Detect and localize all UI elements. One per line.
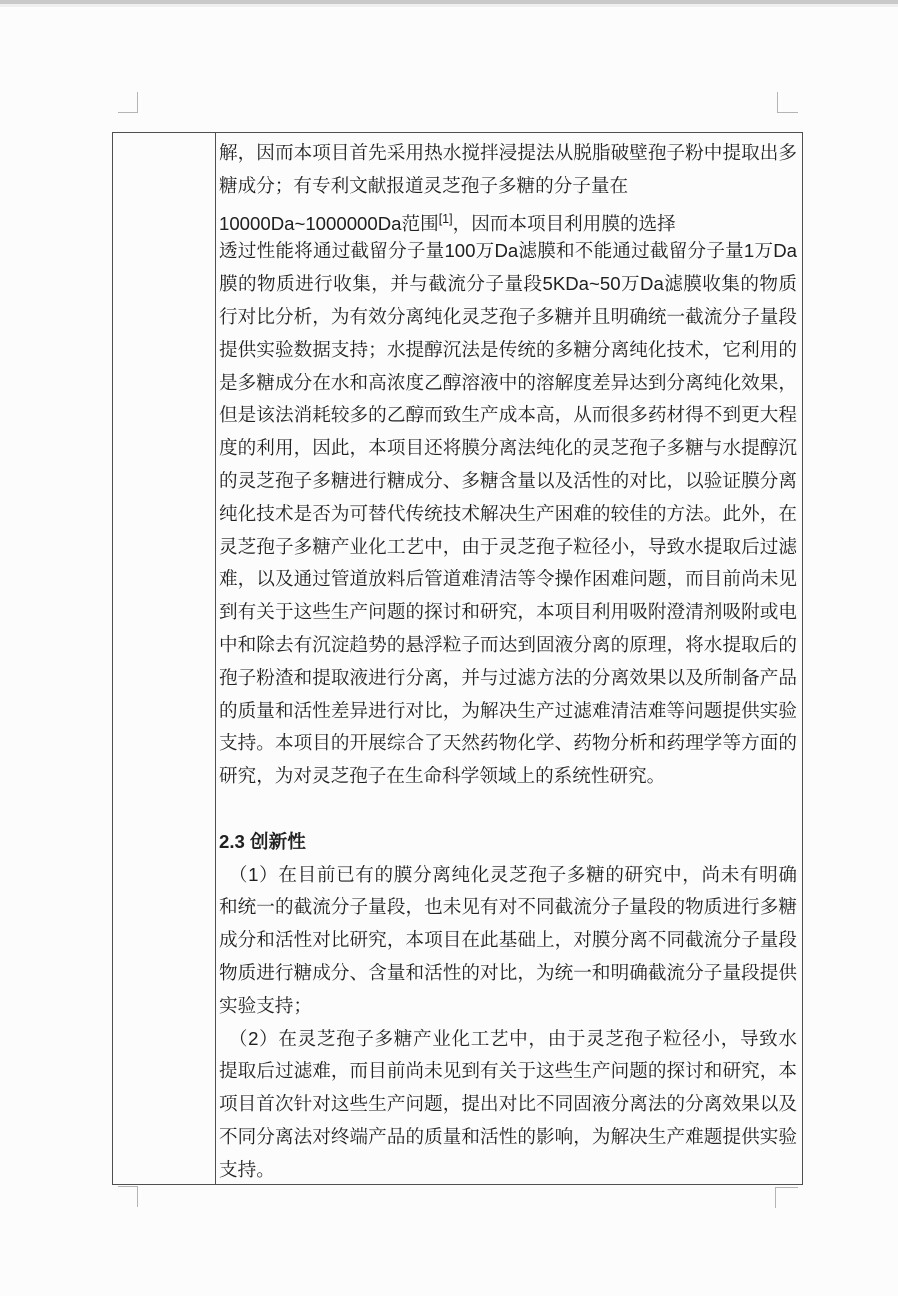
continuation-paragraph: 解，因而本项目首先采用热水搅拌浸提法从脱脂破壁孢子粉中提取出多糖成分；有专利文献… — [219, 137, 797, 793]
table-content-cell: 解，因而本项目首先采用热水搅拌浸提法从脱脂破壁孢子粉中提取出多糖成分；有专利文献… — [219, 137, 797, 1182]
text-line: 是多糖成分在水和高浓度乙醇溶液中的溶解度差异达到分离纯化效果， — [219, 367, 797, 400]
proposal-table: 解，因而本项目首先采用热水搅拌浸提法从脱脂破壁孢子粉中提取出多糖成分；有专利文献… — [112, 132, 803, 1185]
text-line: 难，以及通过管道放料后管道难清洁等令操作困难问题，而目前尚未见 — [219, 563, 797, 596]
text-boundary-mark-top-left — [118, 92, 138, 113]
text-line: 提供实验数据支持；水提醇沉法是传统的多糖分离纯化技术，它利用的 — [219, 334, 797, 367]
text-line: 研究，为对灵芝孢子在生命科学领域上的系统性研究。 — [219, 760, 797, 793]
text-line: 灵芝孢子多糖产业化工艺中，由于灵芝孢子粒径小，导致水提取后过滤 — [219, 531, 797, 564]
document-page: 解，因而本项目首先采用热水搅拌浸提法从脱脂破壁孢子粉中提取出多糖成分；有专利文献… — [0, 0, 898, 1296]
citation-superscript: [1] — [439, 212, 453, 226]
text-line: 中和除去有沉淀趋势的悬浮粒子而达到固液分离的原理，将水提取后的 — [219, 629, 797, 662]
table-label-cell-empty — [113, 133, 215, 1184]
text-line: 但是该法消耗较多的乙醇而致生产成本高，从而很多药材得不到更大程 — [219, 399, 797, 432]
text-line: 和统一的截流分子量段，也未见有对不同截流分子量段的物质进行多糖 — [219, 891, 797, 924]
text-line: 不同分离法对终端产品的质量和活性的影响，为解决生产难题提供实验 — [219, 1121, 797, 1154]
text-line: 项目首次针对这些生产问题，提出对比不同固液分离法的分离效果以及 — [219, 1088, 797, 1121]
text-boundary-mark-bottom-right — [775, 1187, 798, 1208]
innovation-point-2: （2）在灵芝孢子多糖产业化工艺中，由于灵芝孢子粒径小，导致水提取后过滤难，而目前… — [219, 1023, 797, 1182]
text-line: 的灵芝孢子多糖进行糖成分、多糖含量以及活性的对比，以验证膜分离 — [219, 465, 797, 498]
text-line: 纯化技术是否为可替代传统技术解决生产困难的较佳的方法。此外，在 — [219, 498, 797, 531]
text-line: 提取后过滤难，而目前尚未见到有关于这些生产问题的探讨和研究，本 — [219, 1055, 797, 1088]
text-boundary-mark-top-right — [777, 92, 798, 113]
table-column-divider — [215, 133, 216, 1184]
text-line: 的质量和活性差异进行对比，为解决生产过滤难清洁难等问题提供实验 — [219, 695, 797, 728]
text-line: 实验支持； — [219, 990, 797, 1023]
text-boundary-mark-bottom-left — [118, 1186, 138, 1207]
text-line: 孢子粉渣和提取液进行分离，并与过滤方法的分离效果以及所制备产品 — [219, 662, 797, 695]
text-line: （2）在灵芝孢子多糖产业化工艺中，由于灵芝孢子粒径小，导致水 — [219, 1023, 797, 1056]
text-line: 物质进行糖成分、含量和活性的对比，为统一和明确截流分子量段提供 — [219, 957, 797, 990]
page-top-edge-soft — [0, 4, 898, 7]
innovation-point-1: （1）在目前已有的膜分离纯化灵芝孢子多糖的研究中，尚未有明确和统一的截流分子量段… — [219, 859, 797, 1023]
text-line: 成分和活性对比研究，本项目在此基础上，对膜分离不同截流分子量段 — [219, 924, 797, 957]
text-line: 解，因而本项目首先采用热水搅拌浸提法从脱脂破壁孢子粉中提取出多 — [219, 137, 797, 170]
text-line: （1）在目前已有的膜分离纯化灵芝孢子多糖的研究中，尚未有明确 — [219, 859, 797, 892]
text-line: 到有关于这些生产问题的探讨和研究，本项目利用吸附澄清剂吸附或电 — [219, 596, 797, 629]
text-line: 支持。本项目的开展综合了天然药物化学、药物分析和药理学等方面的 — [219, 727, 797, 760]
text-line: 行对比分析，为有效分离纯化灵芝孢子多糖并且明确统一截流分子量段 — [219, 301, 797, 334]
text-line: 10000Da~1000000Da范围[1]，因而本项目利用膜的选择 — [219, 203, 797, 236]
text-line: 膜的物质进行收集，并与截流分子量段5KDa~50万Da滤膜收集的物质进 — [219, 268, 797, 301]
text-line: 透过性能将通过截留分子量100万Da滤膜和不能通过截留分子量1万Da滤 — [219, 235, 797, 268]
text-line: 糖成分；有专利文献报道灵芝孢子多糖的分子量在 — [219, 170, 797, 203]
text-line: 支持。 — [219, 1154, 797, 1182]
text-line: 度的利用，因此，本项目还将膜分离法纯化的灵芝孢子多糖与水提醇沉 — [219, 432, 797, 465]
section-heading: 2.3 创新性 — [219, 826, 797, 859]
